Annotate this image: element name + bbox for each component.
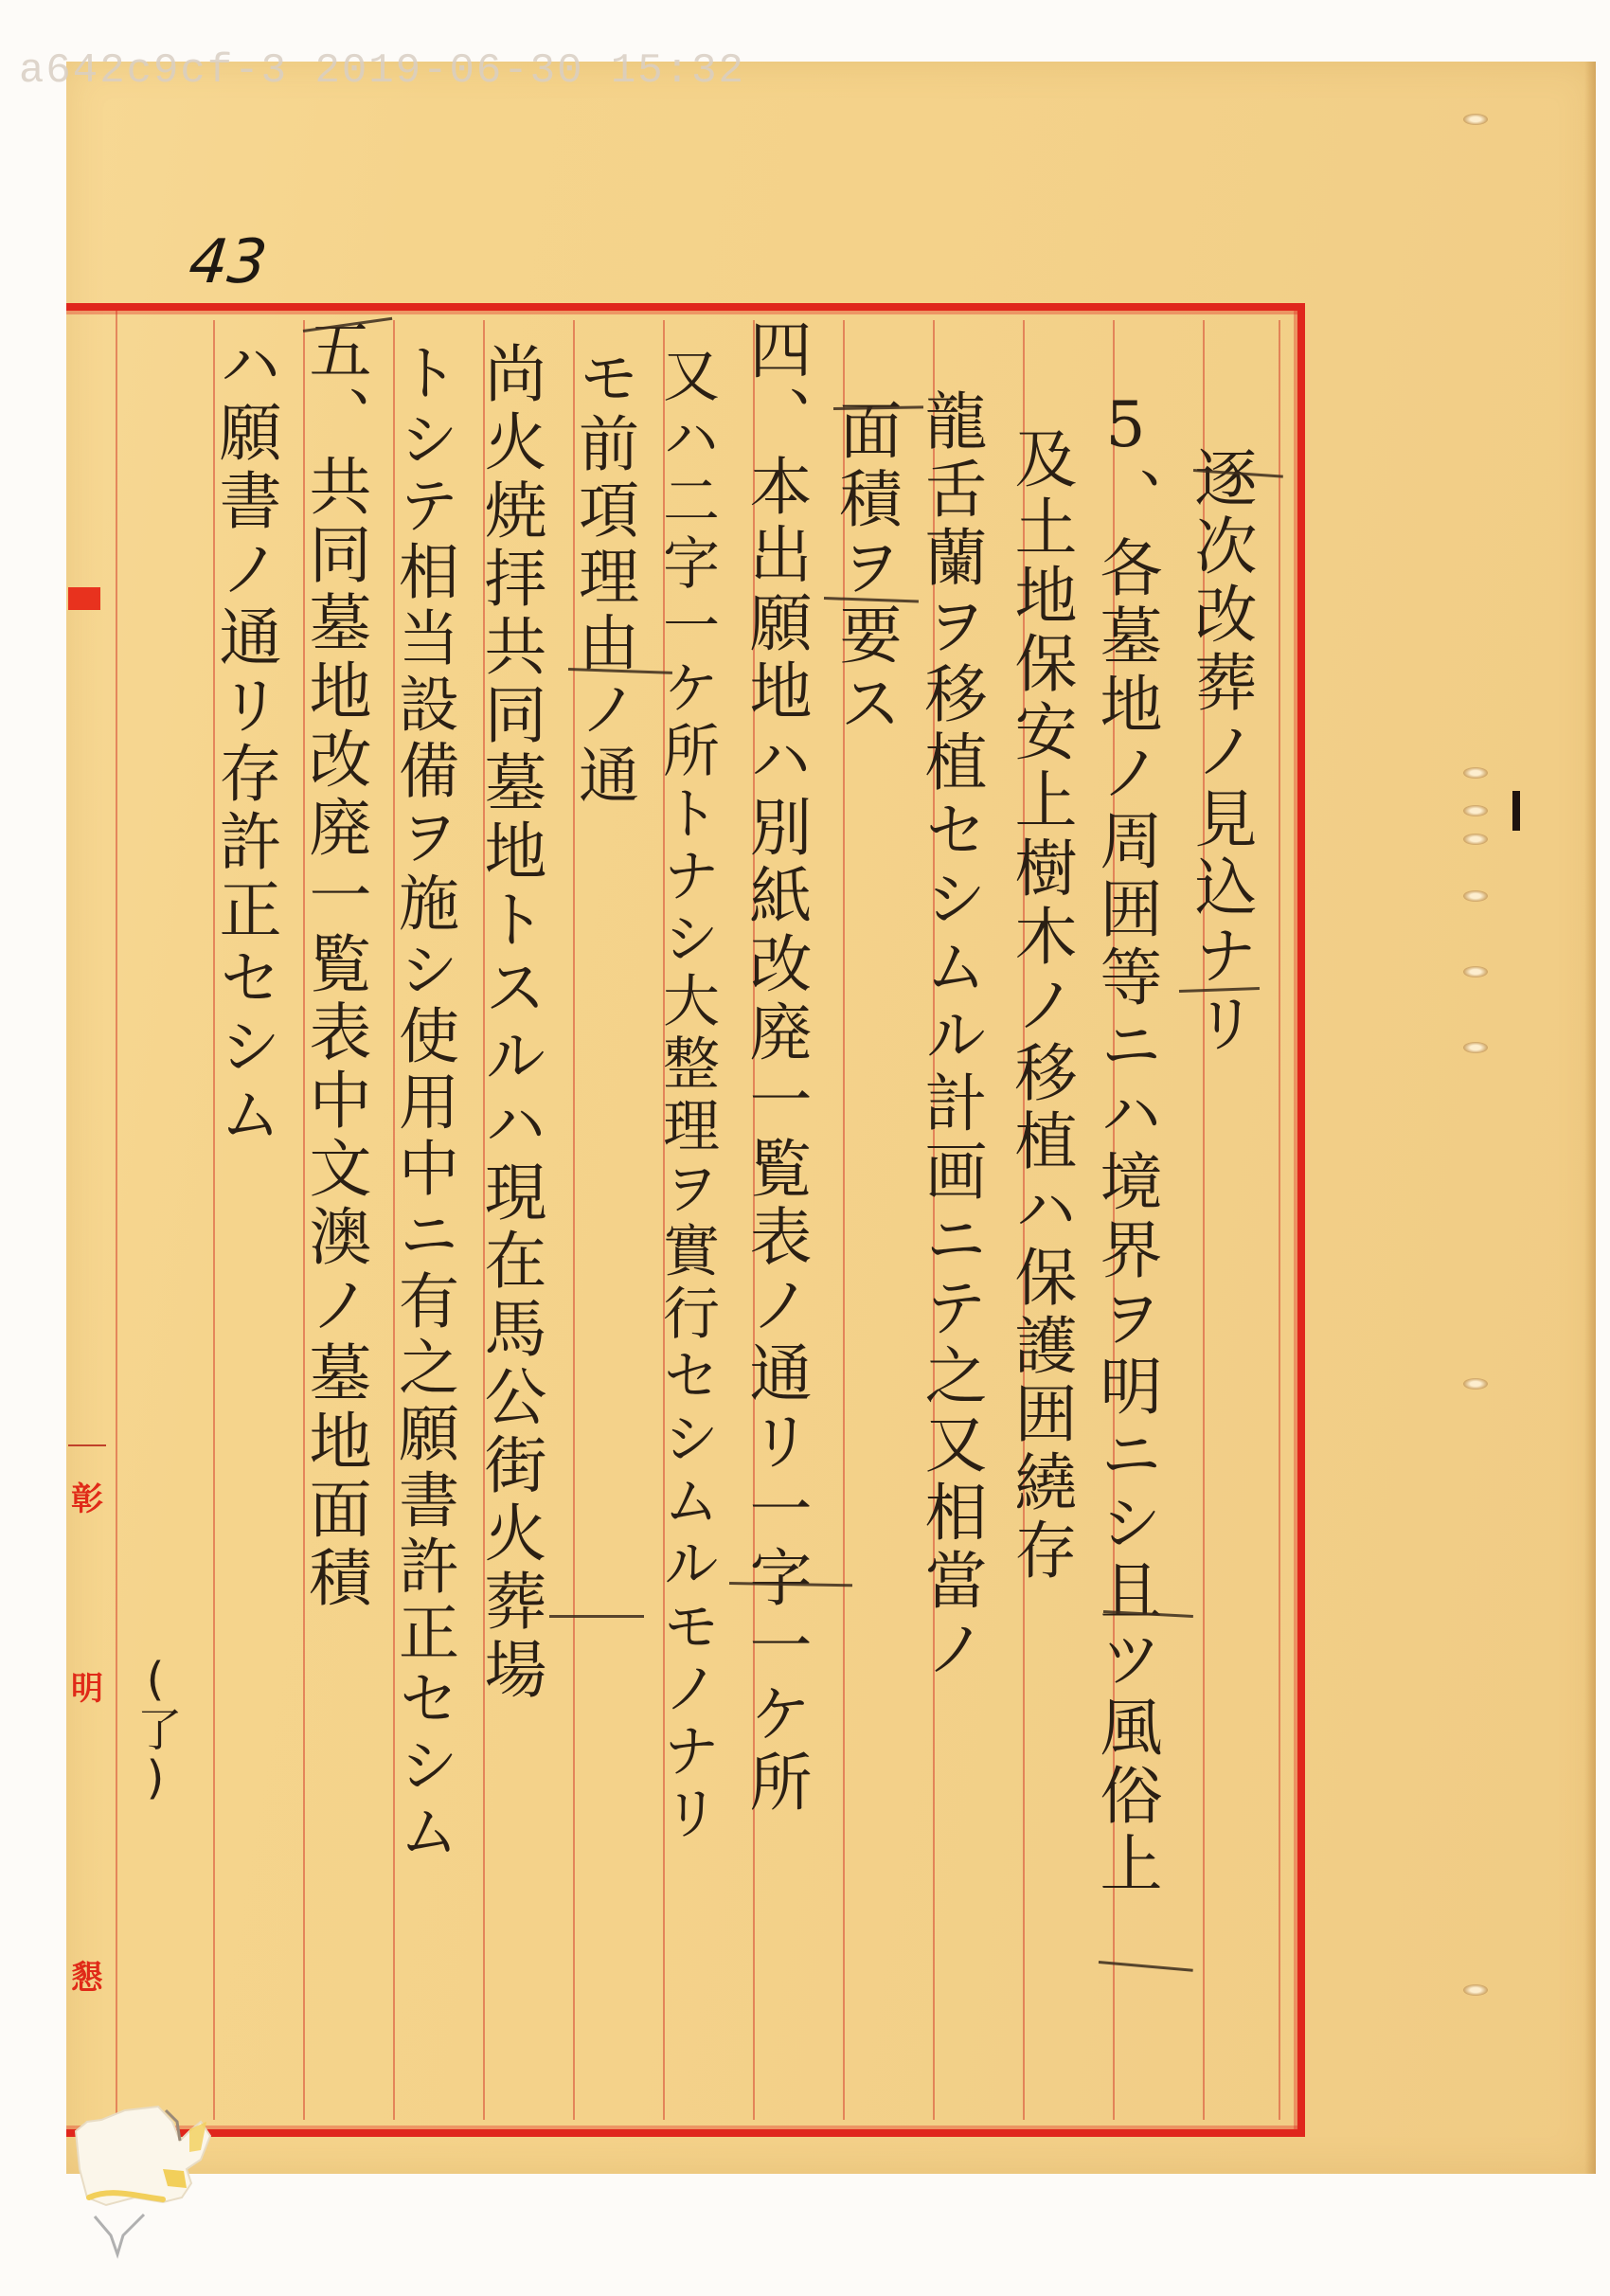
text-column-5: 面積ヲ要ス: [833, 398, 896, 739]
binding-hole: [1463, 805, 1488, 816]
page-number: 43: [186, 227, 270, 297]
binding-hole: [1463, 767, 1488, 779]
binding-hole: [1463, 834, 1488, 845]
binding-hole: [1463, 114, 1488, 125]
binding-hole: [1463, 1984, 1488, 1996]
text-column-2: 5、各墓地ノ周囲等ニハ境界ヲ明ニシ且ツ風俗上: [1094, 388, 1156, 1899]
scan-watermark: a642c9cf-3 2019-06-30 15:32: [19, 47, 745, 95]
text-column-8: モ前項理由ノ通: [573, 346, 634, 810]
ink-mark: [1512, 791, 1520, 831]
text-column-1: 逐次改葬ノ見込ナリ: [1189, 445, 1251, 1059]
text-column-4: 龍舌蘭ヲ移植セシムル計画ニテ之又相當ノ: [919, 388, 981, 1684]
text-column-10: トシテ相当設備ヲ施シ使用中ニ有之願書許正セシム: [393, 341, 454, 1866]
binding-hole: [1463, 966, 1488, 978]
document-viewer: a642c9cf-3 2019-06-30 15:32 43 彰 明 懇 逐次改…: [0, 0, 1610, 2296]
ruled-line: [1279, 320, 1280, 2120]
binding-hole: [1463, 890, 1488, 902]
footnote-mark: (了): [123, 1653, 188, 1804]
edit-stroke: [549, 1615, 644, 1618]
text-column-6: 四、本出願地ハ別紙改廃一覧表ノ通リ一字一ケ所: [743, 317, 806, 1818]
binding-hole: [1463, 1378, 1488, 1390]
text-column-11: 五、共同墓地改廃一覧表中文澳ノ墓地面積: [303, 317, 366, 1613]
text-column-7: 又ハ二字一ケ所トナシ大整理ヲ實行セシムルモノナリ: [658, 346, 715, 1846]
text-column-9: 尚火焼拝共同墓地トスルハ現在馬公街火葬場: [478, 341, 541, 1705]
archive-logo-icon: [68, 2093, 239, 2264]
text-column-12: ハ願書ノ通リ存許正セシム: [213, 332, 276, 1150]
text-column-3: 及土地保安上樹木ノ移植ハ保護囲繞存: [1009, 426, 1071, 1586]
binding-hole: [1463, 1042, 1488, 1053]
